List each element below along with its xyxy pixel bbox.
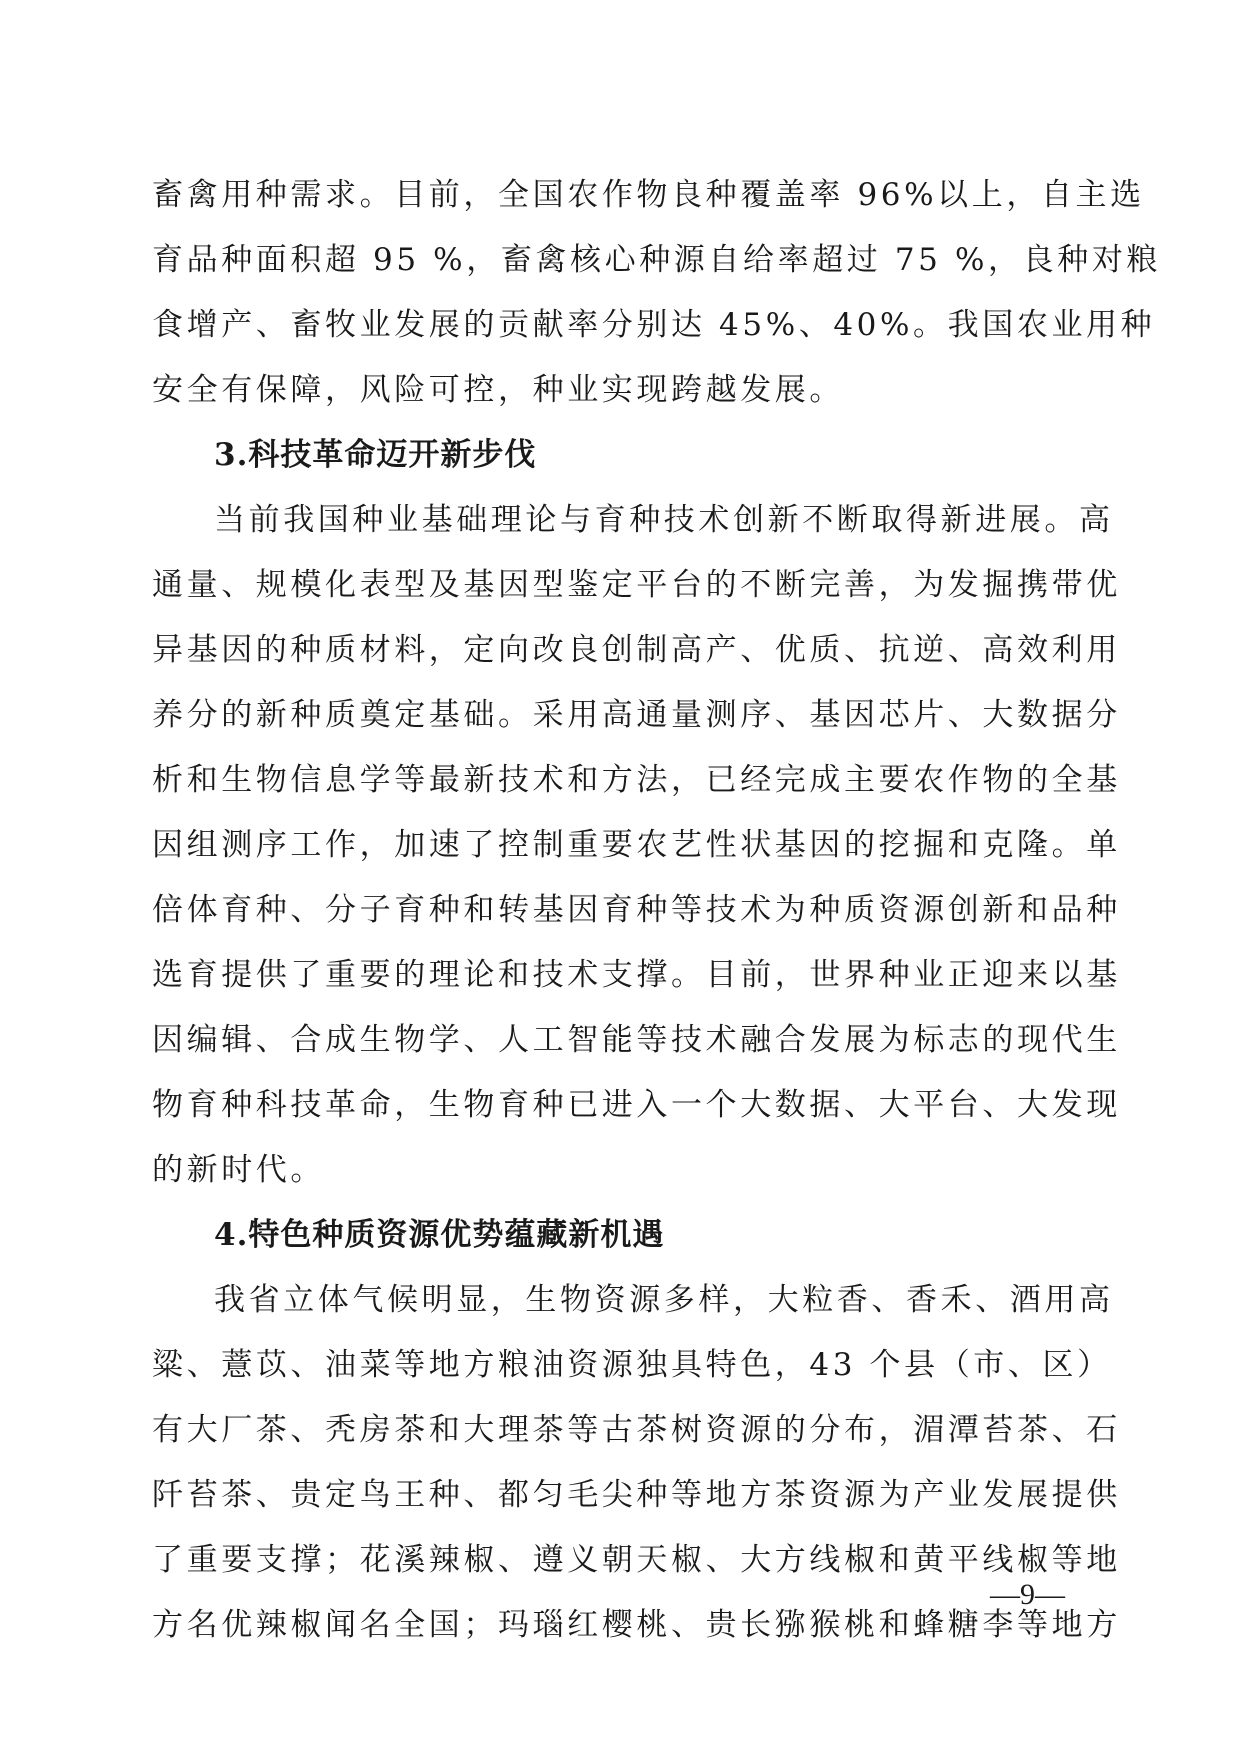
- text-line: 通量、规模化表型及基因型鉴定平台的不断完善，为发掘携带优: [152, 553, 1080, 618]
- text-line: 有大厂茶、秃房茶和大理茶等古茶树资源的分布，湄潭苔茶、石: [152, 1398, 1080, 1463]
- text-line: 析和生物信息学等最新技术和方法，已经完成主要农作物的全基: [152, 748, 1080, 813]
- text-line: 畜禽用种需求。目前，全国农作物良种覆盖率 96%以上，自主选: [152, 163, 1080, 228]
- text-line: 阡苔茶、贵定鸟王种、都匀毛尖种等地方茶资源为产业发展提供: [152, 1463, 1080, 1528]
- text-line: 粱、薏苡、油菜等地方粮油资源独具特色，43 个县（市、区）: [152, 1333, 1080, 1398]
- paragraph-continued: 畜禽用种需求。目前，全国农作物良种覆盖率 96%以上，自主选 育品种面积超 95…: [152, 163, 1080, 423]
- page-number: —9—: [990, 1578, 1065, 1612]
- text-line: 的新时代。: [152, 1138, 1080, 1203]
- text-line: 方名优辣椒闻名全国；玛瑙红樱桃、贵长猕猴桃和蜂糖李等地方: [152, 1593, 1080, 1658]
- text-line: 因组测序工作，加速了控制重要农艺性状基因的挖掘和克隆。单: [152, 813, 1080, 878]
- text-line: 安全有保障，风险可控，种业实现跨越发展。: [152, 358, 1080, 423]
- text-line: 物育种科技革命，生物育种已进入一个大数据、大平台、大发现: [152, 1073, 1080, 1138]
- section-heading-4: 4.特色种质资源优势蕴藏新机遇: [152, 1203, 1080, 1268]
- document-page: 畜禽用种需求。目前，全国农作物良种覆盖率 96%以上，自主选 育品种面积超 95…: [152, 163, 1080, 1658]
- text-line: 当前我国种业基础理论与育种技术创新不断取得新进展。高: [152, 488, 1080, 553]
- text-line: 食增产、畜牧业发展的贡献率分别达 45%、40%。我国农业用种: [152, 293, 1080, 358]
- section-heading-3: 3.科技革命迈开新步伐: [152, 423, 1080, 488]
- text-line: 了重要支撑；花溪辣椒、遵义朝天椒、大方线椒和黄平线椒等地: [152, 1528, 1080, 1593]
- section-4-paragraph: 我省立体气候明显，生物资源多样，大粒香、香禾、酒用高 粱、薏苡、油菜等地方粮油资…: [152, 1268, 1080, 1658]
- text-line: 因编辑、合成生物学、人工智能等技术融合发展为标志的现代生: [152, 1008, 1080, 1073]
- section-3-paragraph: 当前我国种业基础理论与育种技术创新不断取得新进展。高 通量、规模化表型及基因型鉴…: [152, 488, 1080, 1203]
- text-line: 倍体育种、分子育种和转基因育种等技术为种质资源创新和品种: [152, 878, 1080, 943]
- text-line: 我省立体气候明显，生物资源多样，大粒香、香禾、酒用高: [152, 1268, 1080, 1333]
- text-line: 养分的新种质奠定基础。采用高通量测序、基因芯片、大数据分: [152, 683, 1080, 748]
- text-line: 选育提供了重要的理论和技术支撑。目前，世界种业正迎来以基: [152, 943, 1080, 1008]
- text-line: 异基因的种质材料，定向改良创制高产、优质、抗逆、高效利用: [152, 618, 1080, 683]
- text-line: 育品种面积超 95 %，畜禽核心种源自给率超过 75 %，良种对粮: [152, 228, 1080, 293]
